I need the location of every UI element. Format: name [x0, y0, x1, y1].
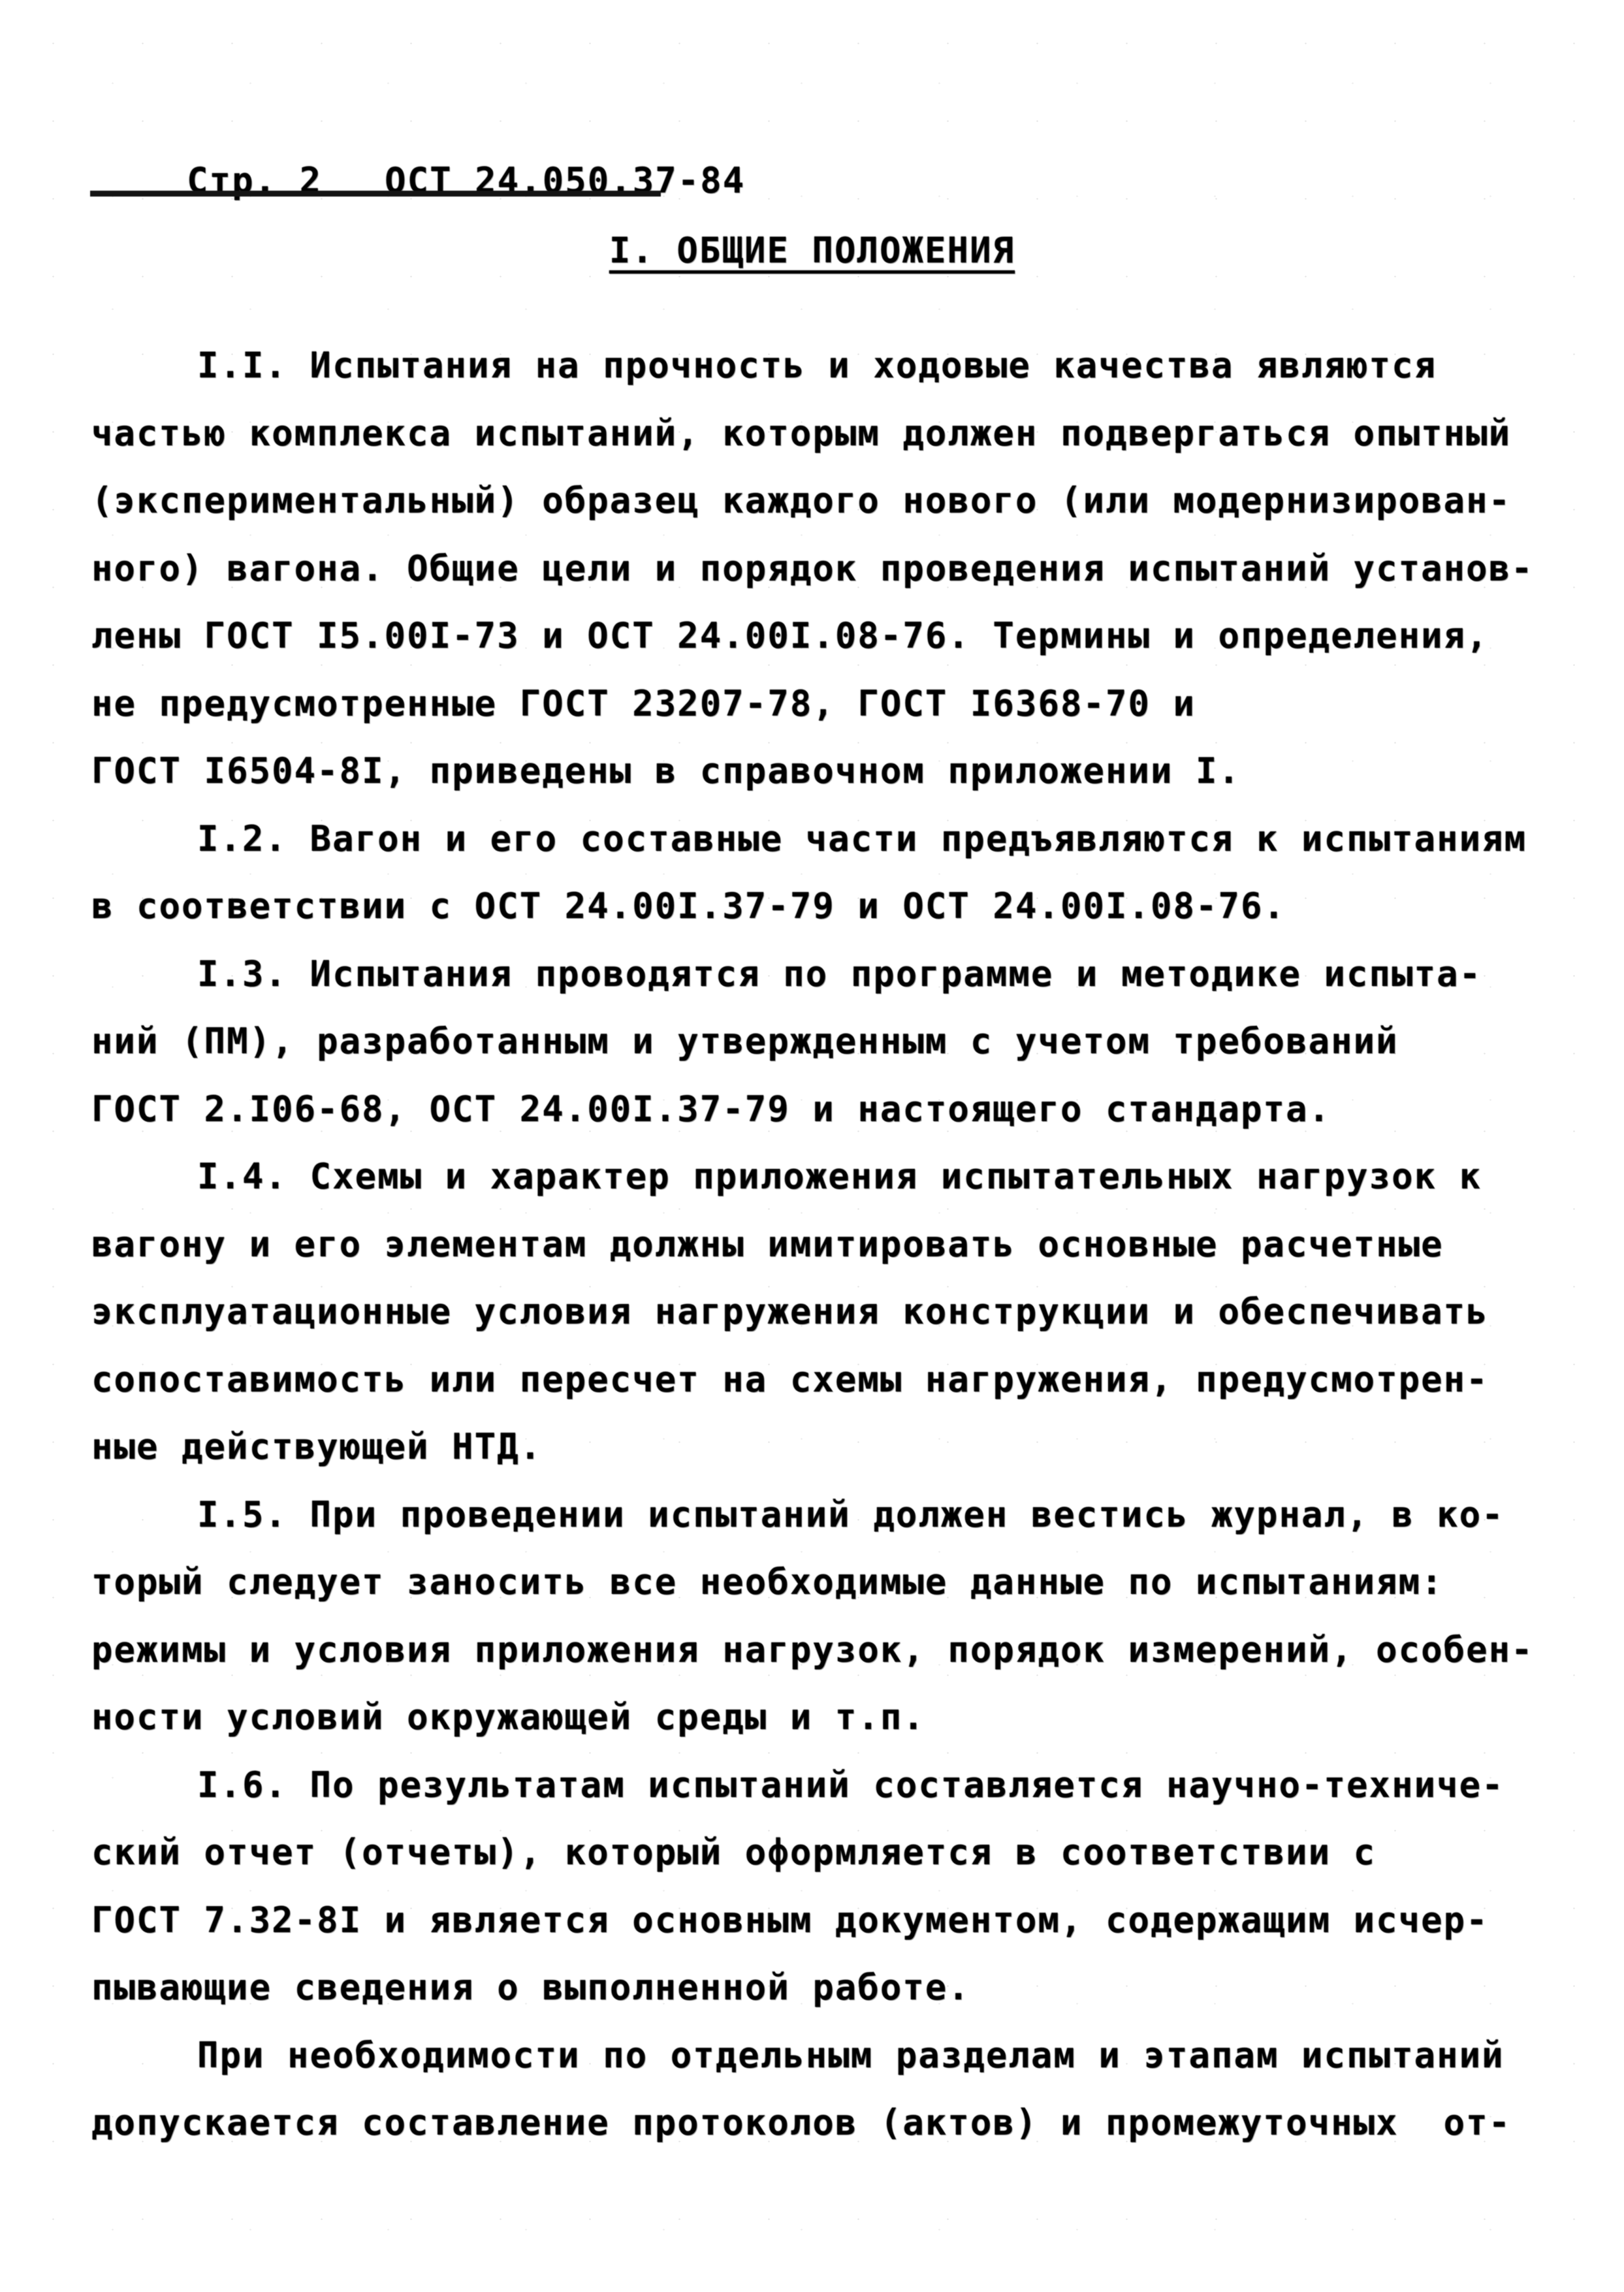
- text-line: ного) вагона. Общие цели и порядок прове…: [91, 535, 1548, 603]
- text-line: I.2. Вагон и его составные части предъяв…: [91, 805, 1548, 873]
- text-line: допускается составление протоколов (акто…: [91, 2089, 1548, 2157]
- text-line: I.I. Испытания на прочность и ходовые ка…: [91, 332, 1548, 400]
- text-line: торый следует заносить все необходимые д…: [91, 1548, 1548, 1616]
- text-line: не предусмотренные ГОСТ 23207-78, ГОСТ I…: [91, 670, 1548, 738]
- text-line: ГОСТ 2.I06-68, ОСТ 24.00I.37-79 и настоя…: [91, 1075, 1548, 1143]
- text-line: вагону и его элементам должны имитироват…: [91, 1211, 1548, 1279]
- page-header: Стр. 2ОСТ 24.050.37-84: [97, 119, 745, 242]
- text-line: режимы и условия приложения нагрузок, по…: [91, 1616, 1548, 1684]
- text-line: При необходимости по отдельным разделам …: [91, 2022, 1548, 2090]
- text-line: пывающие сведения о выполненной работе.: [91, 1954, 1548, 2022]
- text-line: I.3. Испытания проводятся по программе и…: [91, 940, 1548, 1008]
- text-line: I.6. По результатам испытаний составляет…: [91, 1751, 1548, 1819]
- text-line: сопоставимость или пересчет на схемы наг…: [91, 1346, 1548, 1414]
- section-title: I. ОБЩИЕ ПОЛОЖЕНИЯ: [0, 230, 1624, 271]
- text-line: ГОСТ 7.32-8I и является основным докумен…: [91, 1886, 1548, 1954]
- text-line: ский отчет (отчеты), который оформляется…: [91, 1819, 1548, 1886]
- text-line: эксплуатационные условия нагружения конс…: [91, 1278, 1548, 1346]
- text-line: ний (ПМ), разработанным и утвержденным с…: [91, 1008, 1548, 1075]
- text-line: ности условий окружающей среды и т.п.: [91, 1683, 1548, 1751]
- text-line: ные действующей НТД.: [91, 1413, 1548, 1481]
- text-line: лены ГОСТ I5.00I-73 и ОСТ 24.00I.08-76. …: [91, 602, 1548, 670]
- text-line: (экспериментальный) образец каждого ново…: [91, 467, 1548, 535]
- text-line: в соответствии с ОСТ 24.00I.37-79 и ОСТ …: [91, 872, 1548, 940]
- document-body: I.I. Испытания на прочность и ходовые ка…: [91, 332, 1548, 2157]
- text-line: I.4. Схемы и характер приложения испытат…: [91, 1143, 1548, 1211]
- text-line: ГОСТ I6504-8I, приведены в справочном пр…: [91, 737, 1548, 805]
- text-line: частью комплекса испытаний, которым долж…: [91, 400, 1548, 468]
- text-line: I.5. При проведении испытаний должен вес…: [91, 1481, 1548, 1549]
- header-underline: [90, 191, 661, 197]
- document-page: Стр. 2ОСТ 24.050.37-84 I. ОБЩИЕ ПОЛОЖЕНИ…: [0, 0, 1624, 2292]
